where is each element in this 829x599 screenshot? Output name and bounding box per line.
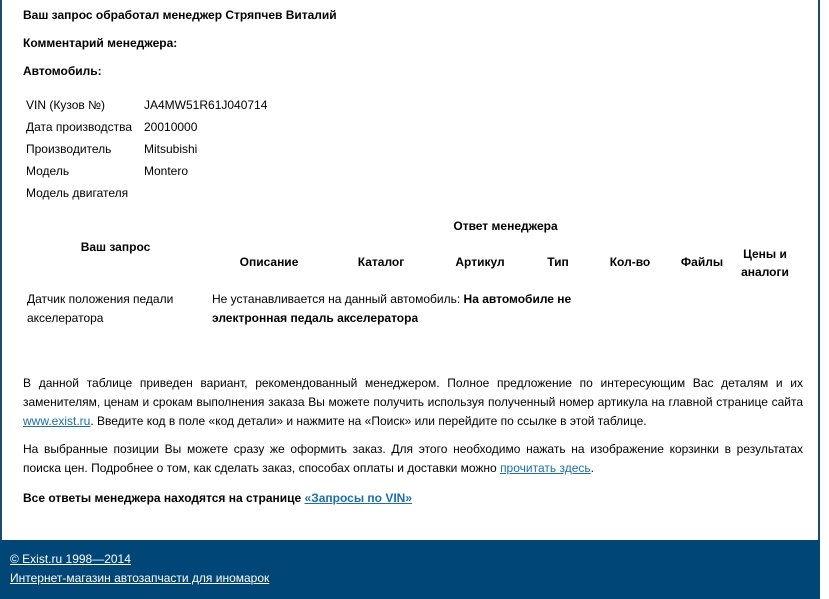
car-field-value: JA4MW51R61J040714 (144, 94, 267, 116)
exist-link[interactable]: www.exist.ru (23, 414, 90, 428)
col-type: Тип (528, 255, 588, 269)
col-manager-answer: Ответ менеджера (413, 219, 598, 233)
info-paragraph-3: Все ответы менеджера находятся на страни… (23, 489, 803, 508)
info-text: В данной таблице приведен вариант, реком… (23, 376, 803, 409)
answer-prefix: Не устанавливается на данный автомобиль: (212, 292, 464, 306)
info-text: . (591, 461, 594, 475)
info-text: Все ответы менеджера находятся на страни… (23, 491, 305, 505)
comment-label: Комментарий менеджера: (23, 36, 177, 50)
info-text: На выбранные позиции Вы можете сразу же … (23, 442, 803, 475)
info-paragraph-1: В данной таблице приведен вариант, реком… (23, 374, 803, 431)
car-row-maker: ПроизводительMitsubishi (26, 138, 267, 160)
answer-text: Не устанавливается на данный автомобиль:… (212, 290, 612, 328)
car-row-model: МодельMontero (26, 160, 267, 182)
car-field-label: Модель (26, 160, 144, 182)
request-item: Датчик положения педали акселератора (27, 290, 197, 328)
info-paragraph-2: На выбранные позиции Вы можете сразу же … (23, 440, 803, 478)
car-field-label: Модель двигателя (26, 182, 144, 204)
col-article: Артикул (430, 255, 530, 269)
page-frame: Ваш запрос обработал менеджер Стряпчев В… (0, 0, 820, 540)
car-field-value: Montero (144, 160, 267, 182)
car-field-value: Mitsubishi (144, 138, 267, 160)
car-field-value (144, 182, 267, 204)
car-row-date: Дата производства20010000 (26, 116, 267, 138)
car-field-label: Производитель (26, 138, 144, 160)
tagline-link[interactable]: Интернет-магазин автозапчасти для иномар… (10, 571, 269, 585)
read-here-link[interactable]: прочитать здесь (500, 461, 591, 475)
info-text: . Введите код в поле «код детали» и нажм… (90, 414, 646, 428)
car-field-label: VIN (Кузов №) (26, 94, 144, 116)
footer: © Exist.ru 1998—2014 Интернет-магазин ав… (0, 540, 820, 599)
request-table: Ваш запрос Ответ менеджера Описание Ката… (23, 213, 803, 333)
col-prices: Цены и аналоги (733, 245, 797, 281)
col-your-request: Ваш запрос (23, 240, 208, 254)
car-label: Автомобиль: (23, 64, 102, 78)
car-row-engine: Модель двигателя (26, 182, 267, 204)
col-description: Описание (219, 255, 319, 269)
car-field-label: Дата производства (26, 116, 144, 138)
car-row-vin: VIN (Кузов №)JA4MW51R61J040714 (26, 94, 267, 116)
car-info-table: VIN (Кузов №)JA4MW51R61J040714 Дата прои… (26, 94, 267, 204)
copyright-link[interactable]: © Exist.ru 1998—2014 (10, 552, 131, 566)
vin-requests-link[interactable]: «Запросы по VIN» (305, 491, 412, 505)
col-qty: Кол-во (596, 255, 664, 269)
manager-line: Ваш запрос обработал менеджер Стряпчев В… (23, 8, 337, 22)
car-field-value: 20010000 (144, 116, 267, 138)
col-catalog: Каталог (331, 255, 431, 269)
col-files: Файлы (670, 255, 734, 269)
